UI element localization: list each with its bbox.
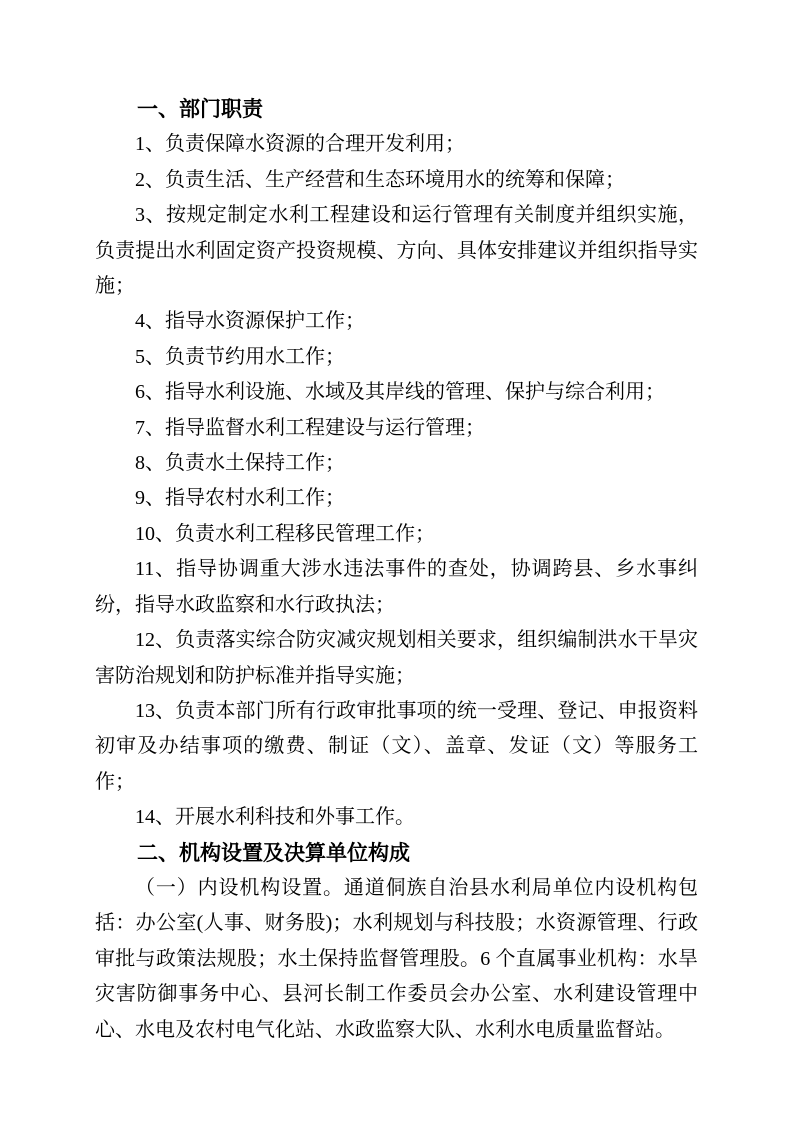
- duty-item-3: 3、按规定制定水利工程建设和运行管理有关制度并组织实施，负责提出水利固定资产投资…: [95, 198, 698, 304]
- duty-item-14: 14、开展水利科技和外事工作。: [95, 800, 698, 835]
- duty-item-10: 10、负责水利工程移民管理工作；: [95, 517, 698, 552]
- duty-item-4: 4、指导水资源保护工作；: [95, 304, 698, 339]
- duty-item-6: 6、指导水利设施、水域及其岸线的管理、保护与综合利用；: [95, 375, 698, 410]
- section-heading-duties: 一、部门职责: [95, 92, 698, 127]
- document-body: 一、部门职责 1、负责保障水资源的合理开发利用； 2、负责生活、生产经营和生态环…: [95, 92, 698, 1048]
- duty-item-8: 8、负责水土保持工作；: [95, 446, 698, 481]
- document-page: 一、部门职责 1、负责保障水资源的合理开发利用； 2、负责生活、生产经营和生态环…: [0, 0, 793, 1122]
- duty-item-5: 5、负责节约用水工作；: [95, 340, 698, 375]
- duty-item-12: 12、负责落实综合防灾减灾规划相关要求，组织编制洪水干旱灾害防治规划和防护标准并…: [95, 623, 698, 694]
- duty-item-11: 11、指导协调重大涉水违法事件的查处，协调跨县、乡水事纠纷，指导水政监察和水行政…: [95, 552, 698, 623]
- org-structure-paragraph: （一）内设机构设置。通道侗族自治县水利局单位内设机构包括：办公室(人事、财务股)…: [95, 871, 698, 1048]
- duty-item-13: 13、负责本部门所有行政审批事项的统一受理、登记、申报资料初审及办结事项的缴费、…: [95, 694, 698, 800]
- duty-item-7: 7、指导监督水利工程建设与运行管理；: [95, 411, 698, 446]
- duty-item-2: 2、负责生活、生产经营和生态环境用水的统筹和保障；: [95, 163, 698, 198]
- duty-item-9: 9、指导农村水利工作；: [95, 481, 698, 516]
- section-heading-org-structure: 二、机构设置及决算单位构成: [95, 836, 698, 871]
- duty-item-1: 1、负责保障水资源的合理开发利用；: [95, 127, 698, 162]
